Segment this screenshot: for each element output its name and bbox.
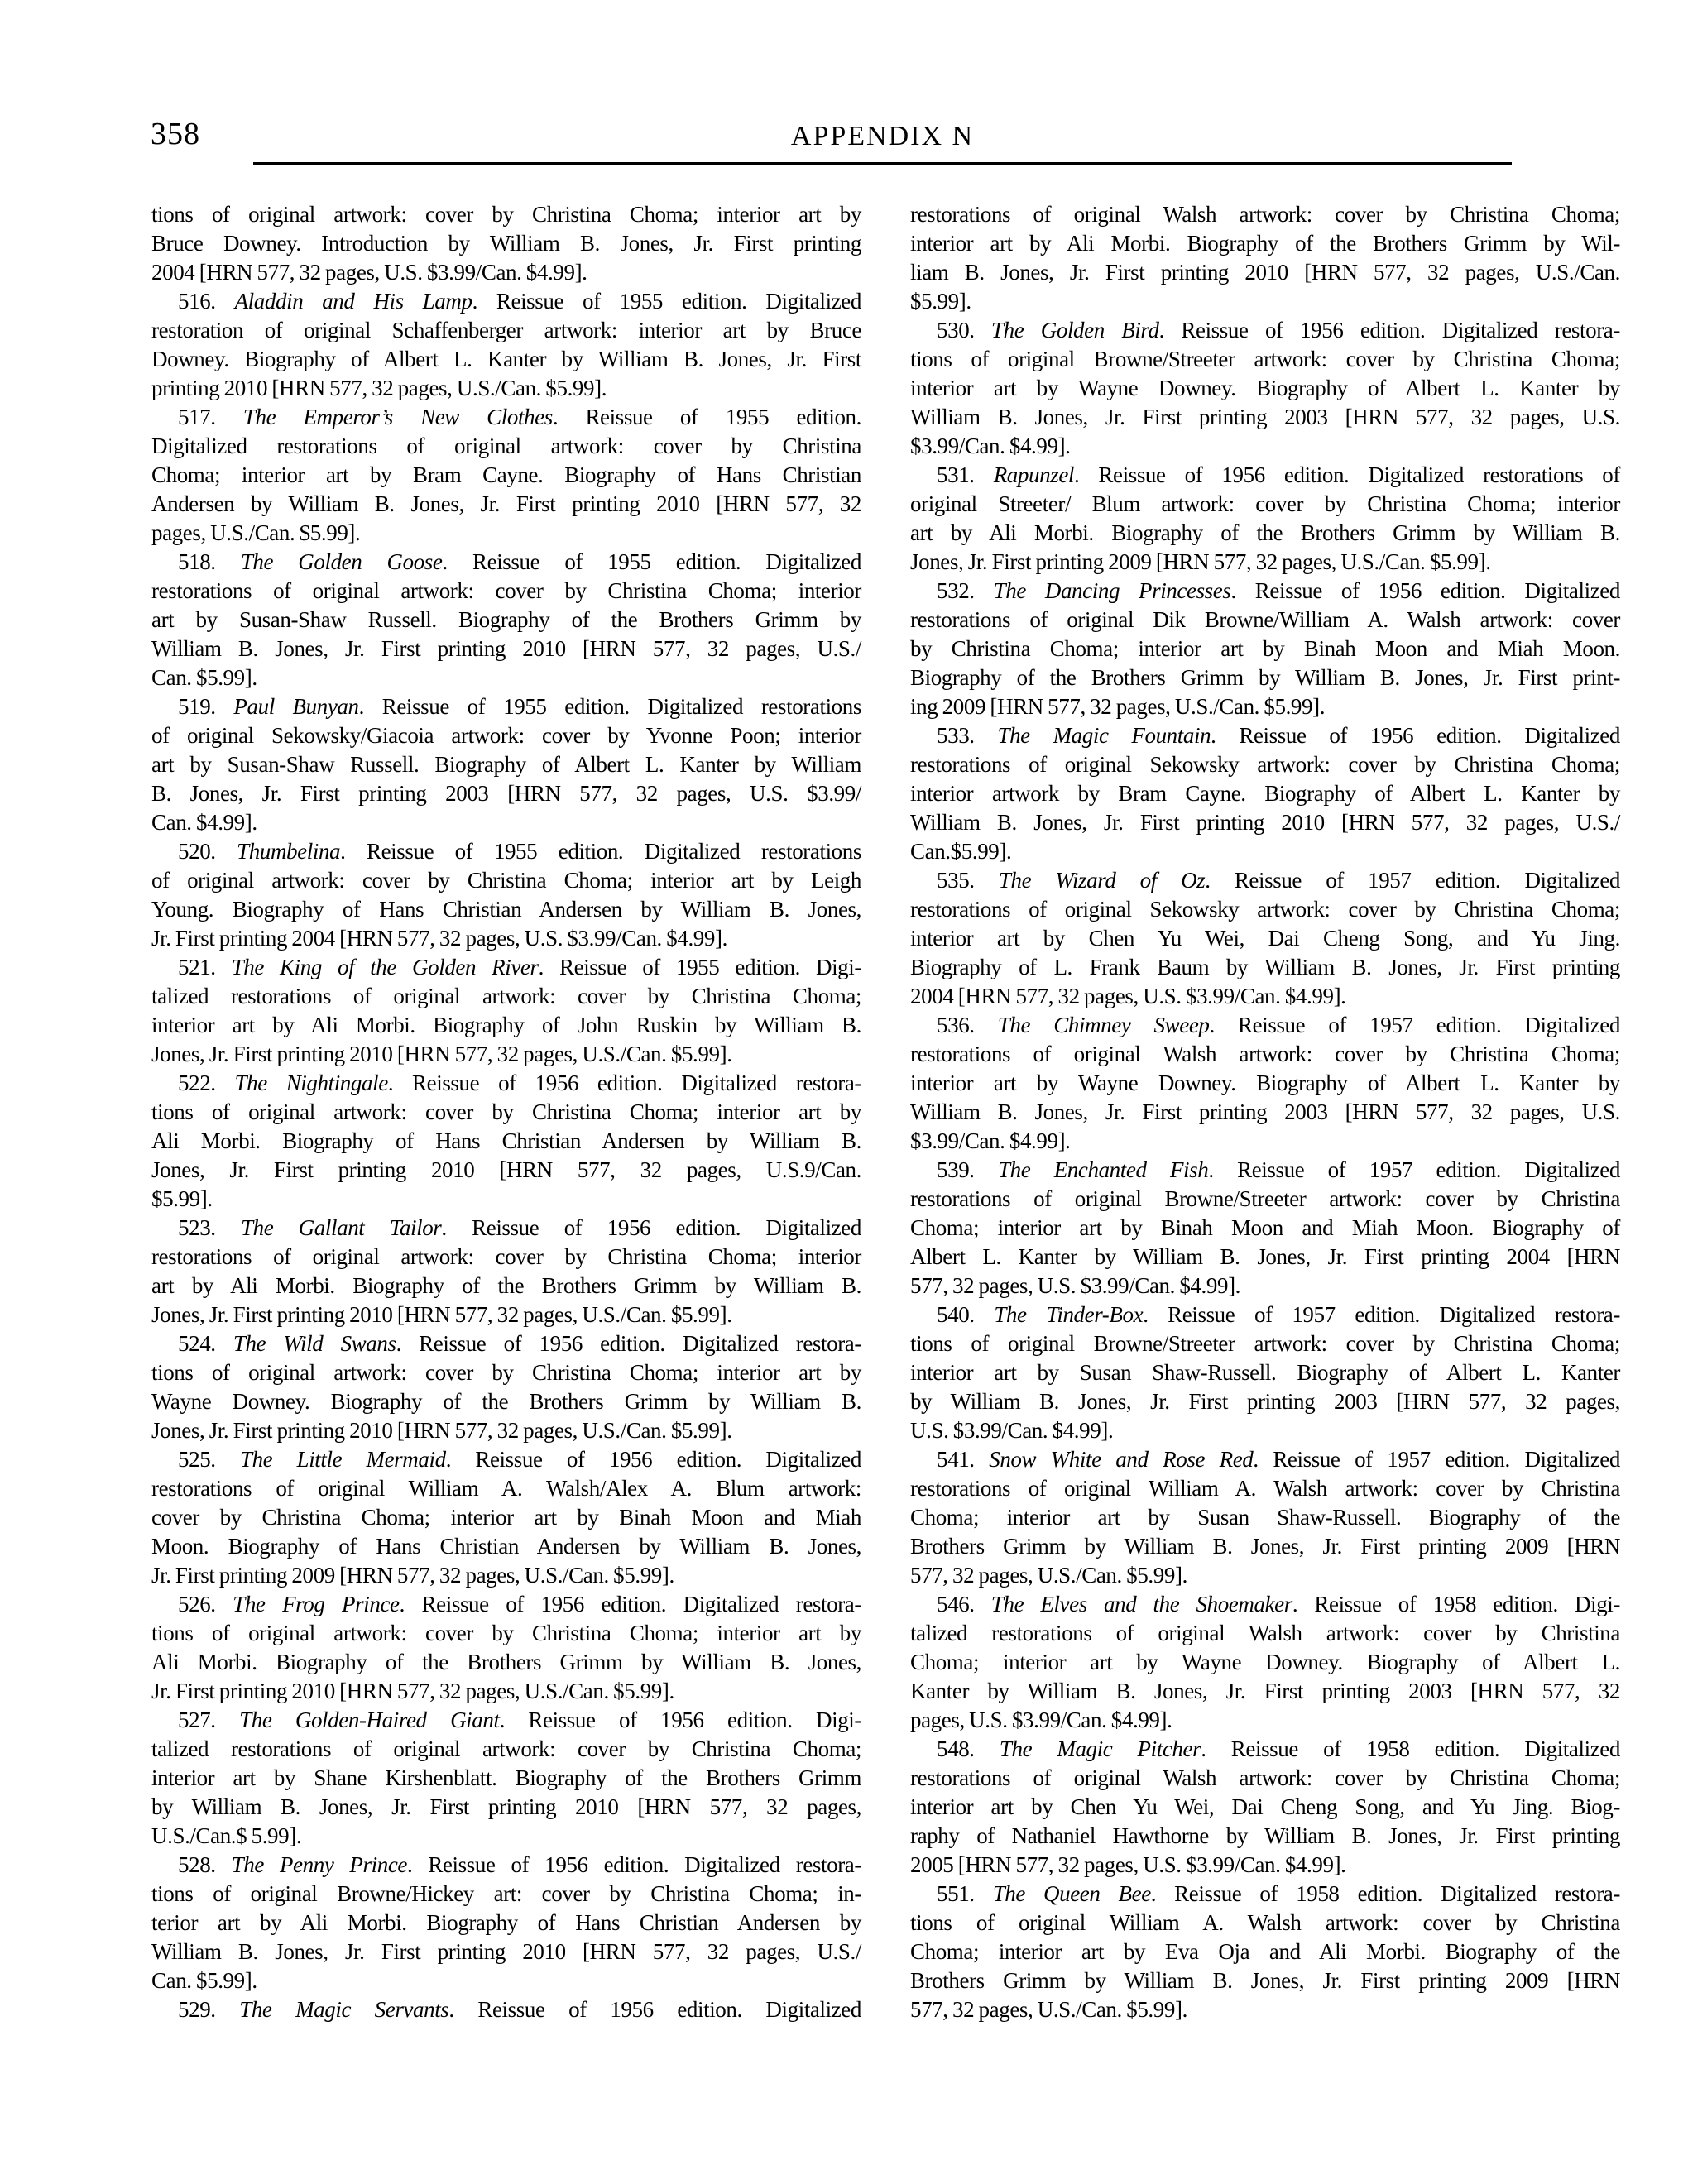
text-line: Downey. Biography of Albert L. Kanter by… (151, 345, 861, 374)
text-segment: restorations of original Sekowsky artwor… (910, 752, 1620, 777)
text-segment: 526. (178, 1592, 233, 1616)
book-title-italic: The Frog Prince (233, 1592, 399, 1616)
text-segment: 523. (178, 1215, 241, 1240)
text-segment: Jones, Jr. First printing 2010 [HRN 577,… (151, 1302, 732, 1327)
text-segment: $3.99/Can. $4.99]. (910, 433, 1071, 458)
text-line: restorations of original William A. Wals… (910, 1474, 1620, 1503)
text-segment: restorations of original artwork: cover … (151, 1244, 861, 1269)
text-line: 539. The Enchanted Fish. Reissue of 1957… (910, 1156, 1620, 1185)
text-line: William B. Jones, Jr. First printing 201… (151, 1937, 861, 1966)
text-segment: 577, 32 pages, U.S./Can. $5.99]. (910, 1997, 1187, 2022)
text-segment: 532. (937, 578, 994, 603)
text-line: 516. Aladdin and His Lamp. Reissue of 19… (151, 287, 861, 316)
text-segment: . Reissue of 1956 edition. Digi- (500, 1707, 861, 1732)
book-title-italic: Paul Bunyan (233, 694, 358, 719)
book-title-italic: The Magic Fountain (997, 723, 1211, 748)
text-line: U.S. $3.99/Can. $4.99]. (910, 1416, 1620, 1445)
text-segment: Brothers Grimm by William B. Jones, Jr. … (910, 1968, 1620, 1993)
text-segment: 2004 [HRN 577, 32 pages, U.S. $3.99/Can.… (151, 260, 587, 285)
text-segment: terior art by Ali Morbi. Biography of Ha… (151, 1910, 861, 1935)
text-line: art by Susan-Shaw Russell. Biography of … (151, 750, 861, 779)
text-line: Jones, Jr. First printing 2010 [HRN 577,… (151, 1416, 861, 1445)
text-segment: Kanter by William B. Jones, Jr. First pr… (910, 1679, 1620, 1703)
text-line: Jones, Jr. First printing 2010 [HRN 577,… (151, 1040, 861, 1069)
text-segment: Ali Morbi. Biography of the Brothers Gri… (151, 1650, 861, 1674)
book-title-italic: The Chimney Sweep (998, 1013, 1210, 1037)
text-segment: tions of original artwork: cover by Chri… (151, 1360, 861, 1385)
text-segment: art by Susan-Shaw Russell. Biography of … (151, 607, 861, 632)
text-line: 524. The Wild Swans. Reissue of 1956 edi… (151, 1329, 861, 1358)
text-segment: Can. $5.99]. (151, 1968, 257, 1993)
text-line: of original artwork: cover by Christina … (151, 866, 861, 895)
text-line: interior art by Ali Morbi. Biography of … (910, 229, 1620, 258)
text-line: tions of original Browne/Streeter artwor… (910, 1329, 1620, 1358)
text-segment: interior art by Wayne Downey. Biography … (910, 1070, 1620, 1095)
book-title-italic: The Penny Prince (232, 1852, 407, 1877)
text-segment: tions of original artwork: cover by Chri… (151, 202, 861, 227)
text-segment: . Reissue of 1956 edition. Digitalized r… (407, 1852, 861, 1877)
text-segment: of original Sekowsky/Giacoia artwork: co… (151, 723, 861, 748)
text-segment: restorations of original Walsh artwork: … (910, 1765, 1620, 1790)
text-segment: . Reissue of 1956 edition. Digitalized (441, 1215, 861, 1240)
text-segment: 577, 32 pages, U.S./Can. $5.99]. (910, 1563, 1187, 1588)
text-segment: 516. (178, 289, 235, 314)
text-segment: art by Susan-Shaw Russell. Biography of … (151, 752, 861, 777)
text-segment: $5.99]. (151, 1186, 213, 1211)
text-line: Brothers Grimm by William B. Jones, Jr. … (910, 1532, 1620, 1561)
text-line: Can. $5.99]. (151, 663, 861, 692)
text-line: pages, U.S. $3.99/Can. $4.99]. (910, 1706, 1620, 1735)
book-title-italic: The Queen Bee (993, 1881, 1151, 1906)
text-segment: . Reissue of 1955 edition. Digitalized (472, 289, 861, 314)
text-line: 2004 [HRN 577, 32 pages, U.S. $3.99/Can.… (151, 258, 861, 287)
text-line: art by Ali Morbi. Biography of the Broth… (910, 519, 1620, 548)
text-segment: Jr. First printing 2004 [HRN 577, 32 pag… (151, 926, 727, 951)
text-line: printing 2010 [HRN 577, 32 pages, U.S./C… (151, 374, 861, 403)
text-line: tions of original artwork: cover by Chri… (151, 200, 861, 229)
two-column-text-block: tions of original artwork: cover by Chri… (151, 200, 1620, 2024)
text-line: 540. The Tinder-Box. Reissue of 1957 edi… (910, 1300, 1620, 1329)
text-line: 529. The Magic Servants. Reissue of 1956… (151, 1995, 861, 2024)
text-segment: restoration of original Schaffenberger a… (151, 318, 861, 342)
text-line: Choma; interior art by Susan Shaw-Russel… (910, 1503, 1620, 1532)
book-title-italic: The Tinder-Box (994, 1302, 1143, 1327)
text-line: original Streeter/ Blum artwork: cover b… (910, 490, 1620, 519)
text-line: Andersen by William B. Jones, Jr. First … (151, 490, 861, 519)
text-segment: William B. Jones, Jr. First printing 201… (910, 810, 1620, 835)
text-segment: 546. (937, 1592, 991, 1616)
text-line: restorations of original William A. Wals… (151, 1474, 861, 1503)
text-line: interior art by Ali Morbi. Biography of … (151, 1011, 861, 1040)
text-line: 527. The Golden-Haired Giant. Reissue of… (151, 1706, 861, 1735)
text-line: 523. The Gallant Tailor. Reissue of 1956… (151, 1214, 861, 1243)
text-line: 536. The Chimney Sweep. Reissue of 1957 … (910, 1011, 1620, 1040)
text-segment: . Reissue of 1955 edition. Digitalized (443, 549, 862, 574)
text-line: 551. The Queen Bee. Reissue of 1958 edit… (910, 1880, 1620, 1909)
text-segment: tions of original Browne/Streeter artwor… (910, 1331, 1620, 1356)
text-segment: pages, U.S./Can. $5.99]. (151, 520, 360, 545)
text-segment: . Reissue of 1956 edition. Digitalized r… (400, 1592, 861, 1616)
text-line: talized restorations of original artwork… (151, 982, 861, 1011)
text-segment: restorations of original Walsh artwork: … (910, 202, 1620, 227)
text-line: Jones, Jr. First printing 2010 [HRN 577,… (151, 1156, 861, 1185)
text-line: Choma; interior art by Wayne Downey. Bio… (910, 1648, 1620, 1677)
text-line: 520. Thumbelina. Reissue of 1955 edition… (151, 837, 861, 866)
book-title-italic: Aladdin and His Lamp (235, 289, 472, 314)
text-segment: 539. (937, 1157, 998, 1182)
text-line: terior art by Ali Morbi. Biography of Ha… (151, 1909, 861, 1937)
text-segment: Albert L. Kanter by William B. Jones, Jr… (910, 1244, 1620, 1269)
text-line: by William B. Jones, Jr. First printing … (910, 1387, 1620, 1416)
text-line: talized restorations of original artwork… (151, 1735, 861, 1764)
text-segment: Wayne Downey. Biography of the Brothers … (151, 1389, 861, 1414)
text-segment: pages, U.S. $3.99/Can. $4.99]. (910, 1707, 1172, 1732)
text-segment: . Reissue of 1956 edition. Digitalized (448, 1997, 861, 2022)
text-line: Can. $5.99]. (151, 1966, 861, 1995)
text-segment: by William B. Jones, Jr. First printing … (910, 1389, 1620, 1414)
text-line: 522. The Nightingale. Reissue of 1956 ed… (151, 1069, 861, 1098)
book-title-italic: The Dancing Princesses (994, 578, 1231, 603)
text-line: interior art by Susan Shaw-Russell. Biog… (910, 1358, 1620, 1387)
book-title-italic: The Enchanted Fish (998, 1157, 1208, 1182)
text-line: Moon. Biography of Hans Christian Anders… (151, 1532, 861, 1561)
text-segment: Choma; interior art by Eva Oja and Ali M… (910, 1939, 1620, 1964)
text-segment: 518. (178, 549, 241, 574)
text-line: art by Susan-Shaw Russell. Biography of … (151, 606, 861, 635)
text-line: Choma; interior art by Bram Cayne. Biogr… (151, 461, 861, 490)
text-segment: 577, 32 pages, U.S. $3.99/Can. $4.99]. (910, 1273, 1240, 1298)
text-segment: Digitalized restorations of original art… (151, 433, 861, 458)
text-line: 526. The Frog Prince. Reissue of 1956 ed… (151, 1590, 861, 1619)
text-segment: Choma; interior art by Wayne Downey. Bio… (910, 1650, 1620, 1674)
book-title-italic: The King of the Golden River (232, 955, 539, 979)
text-segment: interior art by Ali Morbi. Biography of … (910, 231, 1620, 256)
text-segment: . Reissue of 1958 edition. Digi- (1292, 1592, 1620, 1616)
book-title-italic: The Wild Swans (233, 1331, 396, 1356)
text-segment: Young. Biography of Hans Christian Ander… (151, 897, 861, 922)
text-segment: raphy of Nathaniel Hawthorne by William … (910, 1823, 1620, 1848)
right-column: restorations of original Walsh artwork: … (910, 200, 1620, 2024)
text-line: Jr. First printing 2009 [HRN 577, 32 pag… (151, 1561, 861, 1590)
text-segment: . Reissue of 1955 edition. Digitalized r… (340, 839, 861, 864)
text-line: Jr. First printing 2010 [HRN 577, 32 pag… (151, 1677, 861, 1706)
text-segment: tions of original artwork: cover by Chri… (151, 1099, 861, 1124)
text-segment: $3.99/Can. $4.99]. (910, 1128, 1071, 1153)
text-segment: by Christina Choma; interior art by Bina… (910, 636, 1620, 661)
text-segment: $5.99]. (910, 289, 971, 314)
text-line: 525. The Little Mermaid. Reissue of 1956… (151, 1445, 861, 1474)
text-segment: of original artwork: cover by Christina … (151, 868, 861, 893)
text-line: Jones, Jr. First printing 2010 [HRN 577,… (151, 1300, 861, 1329)
text-segment: interior art by Wayne Downey. Biography … (910, 376, 1620, 400)
book-title-italic: The Golden Bird (991, 318, 1159, 342)
text-line: 521. The King of the Golden River. Reiss… (151, 953, 861, 982)
text-segment: 520. (178, 839, 237, 864)
text-segment: talized restorations of original Walsh a… (910, 1621, 1620, 1645)
text-segment: 528. (178, 1852, 232, 1877)
text-line: interior art by Wayne Downey. Biography … (910, 374, 1620, 403)
text-line: tions of original Browne/Hickey art: cov… (151, 1880, 861, 1909)
text-line: 577, 32 pages, U.S./Can. $5.99]. (910, 1561, 1620, 1590)
text-segment: . Reissue of 1957 edition. Digitalized (1210, 1013, 1620, 1037)
text-segment: 529. (178, 1997, 239, 2022)
text-line: Jr. First printing 2004 [HRN 577, 32 pag… (151, 924, 861, 953)
text-line: pages, U.S./Can. $5.99]. (151, 519, 861, 548)
left-column: tions of original artwork: cover by Chri… (151, 200, 861, 2024)
text-segment: . Reissue of 1957 edition. Digitalized (1253, 1447, 1620, 1472)
text-segment: William B. Jones, Jr. First printing 200… (910, 405, 1620, 429)
text-line: 517. The Emperor’s New Clothes. Reissue … (151, 403, 861, 432)
text-segment: restorations of original Walsh artwork: … (910, 1042, 1620, 1066)
book-title-italic: The Elves and the Shoemaker (991, 1592, 1292, 1616)
text-segment: . Reissue of 1955 edition. Digi- (539, 955, 861, 979)
text-line: William B. Jones, Jr. First printing 200… (910, 403, 1620, 432)
text-line: liam B. Jones, Jr. First printing 2010 [… (910, 258, 1620, 287)
text-line: restorations of original Sekowsky artwor… (910, 895, 1620, 924)
text-segment: Can. $5.99]. (151, 665, 257, 690)
text-segment: . Reissue of 1956 edition. Digitalized r… (1074, 462, 1620, 487)
text-line: by William B. Jones, Jr. First printing … (151, 1793, 861, 1822)
text-line: restorations of original Walsh artwork: … (910, 1764, 1620, 1793)
text-segment: . Reissue of 1957 edition. Digitalized r… (1143, 1302, 1620, 1327)
text-line: restorations of original Walsh artwork: … (910, 200, 1620, 229)
text-line: 530. The Golden Bird. Reissue of 1956 ed… (910, 316, 1620, 345)
text-line: 541. Snow White and Rose Red. Reissue of… (910, 1445, 1620, 1474)
text-segment: . Reissue of 1956 edition. Digitalized r… (396, 1331, 861, 1356)
text-segment: 521. (178, 955, 232, 979)
text-segment: 541. (937, 1447, 989, 1472)
book-page: 358 APPENDIX N tions of original artwork… (0, 0, 1688, 2184)
text-segment: William B. Jones, Jr. First printing 201… (151, 1939, 861, 1964)
text-line: 577, 32 pages, U.S./Can. $5.99]. (910, 1995, 1620, 2024)
text-segment: interior artwork by Bram Cayne. Biograph… (910, 781, 1620, 806)
text-line: 548. The Magic Pitcher. Reissue of 1958 … (910, 1735, 1620, 1764)
text-line: U.S./Can.$ 5.99]. (151, 1822, 861, 1851)
text-line: by Christina Choma; interior art by Bina… (910, 635, 1620, 663)
text-line: $3.99/Can. $4.99]. (910, 432, 1620, 461)
book-title-italic: The Wizard of Oz (999, 868, 1205, 893)
book-title-italic: Snow White and Rose Red (989, 1447, 1253, 1472)
text-line: Jones, Jr. First printing 2009 [HRN 577,… (910, 548, 1620, 577)
text-segment: 2004 [HRN 577, 32 pages, U.S. $3.99/Can.… (910, 984, 1346, 1008)
text-line: 546. The Elves and the Shoemaker. Reissu… (910, 1590, 1620, 1619)
text-line: interior art by Chen Yu Wei, Dai Cheng S… (910, 1793, 1620, 1822)
text-line: Ali Morbi. Biography of Hans Christian A… (151, 1127, 861, 1156)
text-line: 532. The Dancing Princesses. Reissue of … (910, 577, 1620, 606)
book-title-italic: The Little Mermaid (240, 1447, 446, 1472)
text-line: Digitalized restorations of original art… (151, 432, 861, 461)
text-segment: tions of original William A. Walsh artwo… (910, 1910, 1620, 1935)
text-line: Wayne Downey. Biography of the Brothers … (151, 1387, 861, 1416)
text-segment: art by Ali Morbi. Biography of the Broth… (910, 520, 1620, 545)
text-segment: Biography of L. Frank Baum by William B.… (910, 955, 1620, 979)
text-line: 531. Rapunzel. Reissue of 1956 edition. … (910, 461, 1620, 490)
text-segment: Andersen by William B. Jones, Jr. First … (151, 491, 861, 516)
text-segment: 517. (178, 405, 243, 429)
text-segment: 522. (178, 1070, 235, 1095)
book-title-italic: The Nightingale (235, 1070, 388, 1095)
text-segment: . Reissue of 1955 edition. Digitalized r… (359, 694, 861, 719)
text-line: $3.99/Can. $4.99]. (910, 1127, 1620, 1156)
text-segment: Bruce Downey. Introduction by William B.… (151, 231, 861, 256)
book-title-italic: The Gallant Tailor (241, 1215, 441, 1240)
text-segment: tions of original Browne/Streeter artwor… (910, 347, 1620, 371)
text-segment: Jones, Jr. First printing 2010 [HRN 577,… (151, 1042, 732, 1066)
text-segment: talized restorations of original artwork… (151, 984, 861, 1008)
text-segment: interior art by Susan Shaw-Russell. Biog… (910, 1360, 1620, 1385)
text-line: restoration of original Schaffenberger a… (151, 316, 861, 345)
text-segment: 536. (937, 1013, 998, 1037)
text-segment: Downey. Biography of Albert L. Kanter by… (151, 347, 861, 371)
text-segment: tions of original Browne/Hickey art: cov… (151, 1881, 861, 1906)
text-segment: Moon. Biography of Hans Christian Anders… (151, 1534, 861, 1559)
book-title-italic: The Magic Pitcher (1000, 1736, 1201, 1761)
text-line: 518. The Golden Goose. Reissue of 1955 e… (151, 548, 861, 577)
text-segment: art by Ali Morbi. Biography of the Broth… (151, 1273, 861, 1298)
text-segment: 531. (937, 462, 994, 487)
text-line: tions of original artwork: cover by Chri… (151, 1098, 861, 1127)
text-segment: William B. Jones, Jr. First printing 201… (151, 636, 861, 661)
text-segment: talized restorations of original artwork… (151, 1736, 861, 1761)
text-line: interior art by Chen Yu Wei, Dai Cheng S… (910, 924, 1620, 953)
text-segment: 530. (937, 318, 991, 342)
text-line: William B. Jones, Jr. First printing 201… (910, 808, 1620, 837)
text-line: 533. The Magic Fountain. Reissue of 1956… (910, 721, 1620, 750)
text-line: interior artwork by Bram Cayne. Biograph… (910, 779, 1620, 808)
text-segment: . Reissue of 1957 edition. Digitalized (1208, 1157, 1620, 1182)
text-line: cover by Christina Choma; interior art b… (151, 1503, 861, 1532)
text-line: William B. Jones, Jr. First printing 200… (910, 1098, 1620, 1127)
text-segment: 2005 [HRN 577, 32 pages, U.S. $3.99/Can.… (910, 1852, 1346, 1877)
text-segment: interior art by Shane Kirshenblatt. Biog… (151, 1765, 861, 1790)
text-line: tions of original artwork: cover by Chri… (151, 1358, 861, 1387)
text-segment: 540. (937, 1302, 994, 1327)
text-line: restorations of original artwork: cover … (151, 1243, 861, 1272)
header-rule (253, 162, 1512, 165)
text-line: 519. Paul Bunyan. Reissue of 1955 editio… (151, 692, 861, 721)
text-segment: 551. (937, 1881, 993, 1906)
text-segment: 525. (178, 1447, 240, 1472)
text-segment: . Reissue of 1956 edition. Digitalized r… (1159, 318, 1620, 342)
text-line: 2004 [HRN 577, 32 pages, U.S. $3.99/Can.… (910, 982, 1620, 1011)
text-segment: restorations of original Sekowsky artwor… (910, 897, 1620, 922)
text-segment: tions of original artwork: cover by Chri… (151, 1621, 861, 1645)
text-line: Brothers Grimm by William B. Jones, Jr. … (910, 1966, 1620, 1995)
running-head-title: APPENDIX N (253, 121, 1512, 152)
text-segment: William B. Jones, Jr. First printing 200… (910, 1099, 1620, 1124)
text-line: 2005 [HRN 577, 32 pages, U.S. $3.99/Can.… (910, 1851, 1620, 1880)
text-line: restorations of original Sekowsky artwor… (910, 750, 1620, 779)
text-segment: restorations of original artwork: cover … (151, 578, 861, 603)
text-segment: restorations of original Dik Browne/Will… (910, 607, 1620, 632)
text-line: talized restorations of original Walsh a… (910, 1619, 1620, 1648)
text-segment: . Reissue of 1956 edition. Digitalized (446, 1447, 861, 1472)
text-segment: Jr. First printing 2010 [HRN 577, 32 pag… (151, 1679, 674, 1703)
text-line: Biography of L. Frank Baum by William B.… (910, 953, 1620, 982)
text-segment: Choma; interior art by Susan Shaw-Russel… (910, 1505, 1620, 1530)
text-line: 528. The Penny Prince. Reissue of 1956 e… (151, 1851, 861, 1880)
text-segment: 535. (937, 868, 999, 893)
text-line: 577, 32 pages, U.S. $3.99/Can. $4.99]. (910, 1272, 1620, 1300)
text-segment: ing 2009 [HRN 577, 32 pages, U.S./Can. $… (910, 694, 1325, 719)
book-title-italic: The Golden-Haired Giant (239, 1707, 499, 1732)
text-line: art by Ali Morbi. Biography of the Broth… (151, 1272, 861, 1300)
book-title-italic: The Golden Goose (241, 549, 443, 574)
book-title-italic: The Emperor’s New Clothes (243, 405, 553, 429)
text-segment: original Streeter/ Blum artwork: cover b… (910, 491, 1620, 516)
text-line: Young. Biography of Hans Christian Ander… (151, 895, 861, 924)
text-line: Choma; interior art by Binah Moon and Mi… (910, 1214, 1620, 1243)
text-segment: interior art by Ali Morbi. Biography of … (151, 1013, 861, 1037)
text-segment: Ali Morbi. Biography of Hans Christian A… (151, 1128, 861, 1153)
text-line: ing 2009 [HRN 577, 32 pages, U.S./Can. $… (910, 692, 1620, 721)
text-line: tions of original artwork: cover by Chri… (151, 1619, 861, 1648)
text-segment: interior art by Chen Yu Wei, Dai Cheng S… (910, 1794, 1620, 1819)
text-line: Ali Morbi. Biography of the Brothers Gri… (151, 1648, 861, 1677)
text-segment: . Reissue of 1955 edition. (553, 405, 861, 429)
text-line: restorations of original artwork: cover … (151, 577, 861, 606)
text-segment: liam B. Jones, Jr. First printing 2010 [… (910, 260, 1620, 285)
text-line: 535. The Wizard of Oz. Reissue of 1957 e… (910, 866, 1620, 895)
book-title-italic: The Magic Servants (239, 1997, 448, 2022)
book-title-italic: Thumbelina (237, 839, 340, 864)
text-line: interior art by Shane Kirshenblatt. Biog… (151, 1764, 861, 1793)
text-line: Biography of the Brothers Grimm by Willi… (910, 663, 1620, 692)
text-segment: cover by Christina Choma; interior art b… (151, 1505, 861, 1530)
text-segment: by William B. Jones, Jr. First printing … (151, 1794, 861, 1819)
text-segment: restorations of original William A. Wals… (910, 1476, 1620, 1501)
text-segment: Choma; interior art by Binah Moon and Mi… (910, 1215, 1620, 1240)
text-segment: 524. (178, 1331, 233, 1356)
text-line: restorations of original Dik Browne/Will… (910, 606, 1620, 635)
text-segment: restorations of original William A. Wals… (151, 1476, 861, 1501)
text-segment: Biography of the Brothers Grimm by Willi… (910, 665, 1620, 690)
text-segment: restorations of original Browne/Streeter… (910, 1186, 1620, 1211)
text-segment: . Reissue of 1958 edition. Digitalized (1201, 1736, 1620, 1761)
text-line: Albert L. Kanter by William B. Jones, Jr… (910, 1243, 1620, 1272)
text-line: tions of original Browne/Streeter artwor… (910, 345, 1620, 374)
text-segment: printing 2010 [HRN 577, 32 pages, U.S./C… (151, 376, 607, 400)
text-line: Bruce Downey. Introduction by William B.… (151, 229, 861, 258)
page-number: 358 (151, 117, 200, 151)
text-segment: U.S. $3.99/Can. $4.99]. (910, 1418, 1113, 1443)
text-line: restorations of original Browne/Streeter… (910, 1185, 1620, 1214)
text-segment: . Reissue of 1957 edition. Digitalized (1205, 868, 1620, 893)
text-segment: . Reissue of 1956 edition. Digitalized r… (388, 1070, 861, 1095)
text-segment: 548. (937, 1736, 1000, 1761)
text-segment: Jones, Jr. First printing 2009 [HRN 577,… (910, 549, 1491, 574)
text-line: Choma; interior art by Eva Oja and Ali M… (910, 1937, 1620, 1966)
text-segment: B. Jones, Jr. First printing 2003 [HRN 5… (151, 781, 861, 806)
book-title-italic: Rapunzel (994, 462, 1074, 487)
text-segment: Jones, Jr. First printing 2010 [HRN 577,… (151, 1418, 732, 1443)
text-line: $5.99]. (151, 1185, 861, 1214)
text-line: tions of original William A. Walsh artwo… (910, 1909, 1620, 1937)
text-line: restorations of original Walsh artwork: … (910, 1040, 1620, 1069)
text-segment: 527. (178, 1707, 239, 1732)
text-segment: 519. (178, 694, 233, 719)
text-segment: Can.$5.99]. (910, 839, 1011, 864)
text-segment: Can. $4.99]. (151, 810, 257, 835)
text-segment: Jr. First printing 2009 [HRN 577, 32 pag… (151, 1563, 674, 1588)
text-line: B. Jones, Jr. First printing 2003 [HRN 5… (151, 779, 861, 808)
text-segment: interior art by Chen Yu Wei, Dai Cheng S… (910, 926, 1620, 951)
text-segment: Brothers Grimm by William B. Jones, Jr. … (910, 1534, 1620, 1559)
text-line: Kanter by William B. Jones, Jr. First pr… (910, 1677, 1620, 1706)
text-line: $5.99]. (910, 287, 1620, 316)
text-segment: Choma; interior art by Bram Cayne. Biogr… (151, 462, 861, 487)
text-line: William B. Jones, Jr. First printing 201… (151, 635, 861, 663)
